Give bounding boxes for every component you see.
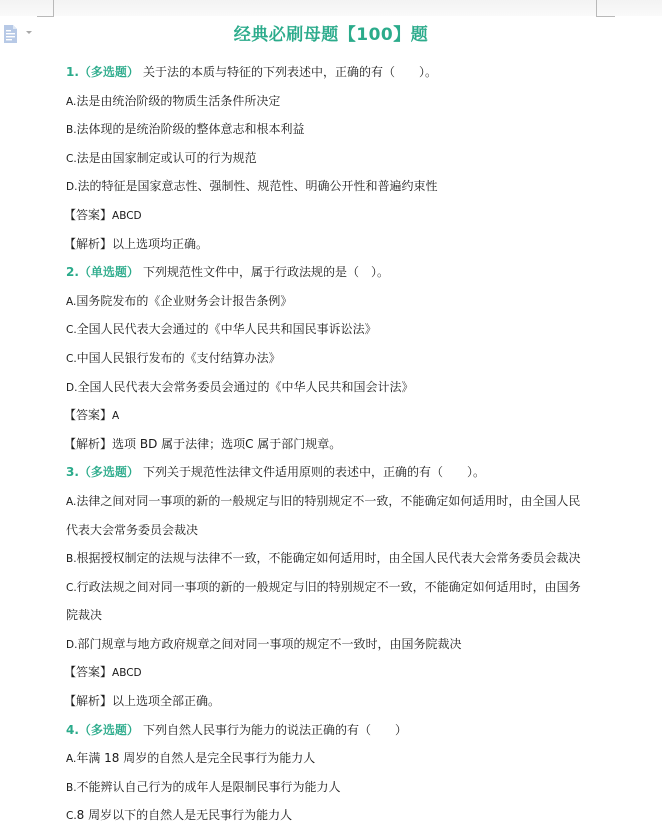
option-letter: C. (66, 324, 77, 336)
answer-label: 【答案】 (64, 208, 112, 222)
document-body: 1.（多选题）关于法的本质与特征的下列表述中，正确的有（ ）。A.法是由统治阶级… (66, 58, 606, 829)
analysis-text: 以上选项均正确。 (112, 237, 208, 251)
option-text: 法律之间对同一事项的新的一般规定与旧的特别规定不一致，不能确定如何适用时，由全国… (76, 494, 580, 508)
answer-line: 【答案】A (66, 401, 606, 430)
option-letter: A. (66, 96, 76, 108)
analysis-line: 【解析】选项 BD 属于法律；选项C 属于部门规章。 (66, 430, 606, 459)
option-text: 代表大会常务委员会裁决 (66, 523, 198, 537)
option-letter: B. (66, 553, 77, 565)
option-line: A.法是由统治阶级的物质生活条件所决定 (66, 87, 606, 116)
option-letter: B. (66, 124, 77, 136)
option-line: 代表大会常务委员会裁决 (66, 516, 606, 545)
question-number: 2. (66, 265, 79, 279)
option-letter: A. (66, 496, 76, 508)
question-type: （多选题） (79, 723, 139, 737)
analysis-label: 【解析】 (64, 694, 112, 708)
option-line: D.部门规章与地方政府规章之间对同一事项的规定不一致时，由国务院裁决 (66, 630, 606, 659)
answer-value: ABCD (112, 667, 142, 679)
option-line: C.8 周岁以下的自然人是无民事行为能力人 (66, 801, 606, 829)
question-number: 3. (66, 465, 79, 479)
question-stem: 下列关于规范性法律文件适用原则的表述中，正确的有（ ）。 (143, 465, 485, 479)
option-line: C.全国人民代表大会通过的《中华人民共和国民事诉讼法》 (66, 315, 606, 344)
option-line: A.年满 18 周岁的自然人是完全民事行为能力人 (66, 744, 606, 773)
crop-mark-right (596, 0, 615, 17)
question-type: （多选题） (79, 465, 139, 479)
question-heading: 4.（多选题）下列自然人民事行为能力的说法正确的有（ ） (66, 716, 606, 745)
option-line: D.法的特征是国家意志性、强制性、规范性、明确公开性和普遍约束性 (66, 172, 606, 201)
question-stem: 关于法的本质与特征的下列表述中，正确的有（ ）。 (143, 65, 437, 79)
page-top-margin (0, 0, 662, 16)
option-line: D.全国人民代表大会常务委员会通过的《中华人民共和国会计法》 (66, 373, 606, 402)
option-text: 中国人民银行发布的《支付结算办法》 (77, 351, 281, 365)
option-text: 行政法规之间对同一事项的新的一般规定与旧的特别规定不一致，不能确定如何适用时，由… (77, 580, 581, 594)
option-line: B.不能辨认自己行为的成年人是限制民事行为能力人 (66, 773, 606, 802)
analysis-text: 以上选项全部正确。 (112, 694, 220, 708)
option-text: 院裁决 (66, 608, 102, 622)
option-line: C.法是由国家制定或认可的行为规范 (66, 144, 606, 173)
analysis-text: 选项 BD 属于法律；选项C 属于部门规章。 (112, 437, 341, 451)
option-letter: C. (66, 153, 77, 165)
question-number: 4. (66, 723, 79, 737)
option-text: 国务院发布的《企业财务会计报告条例》 (76, 294, 292, 308)
option-text: 部门规章与地方政府规章之间对同一事项的规定不一致时，由国务院裁决 (77, 637, 461, 651)
option-line: B.法体现的是统治阶级的整体意志和根本利益 (66, 115, 606, 144)
answer-line: 【答案】ABCD (66, 658, 606, 687)
question-number: 1. (66, 65, 79, 79)
option-line: 院裁决 (66, 601, 606, 630)
answer-line: 【答案】ABCD (66, 201, 606, 230)
analysis-line: 【解析】以上选项全部正确。 (66, 687, 606, 716)
option-text: 8 周岁以下的自然人是无民事行为能力人 (77, 808, 292, 822)
question-heading: 2.（单选题）下列规范性文件中，属于行政法规的是（ ）。 (66, 258, 606, 287)
option-text: 全国人民代表大会通过的《中华人民共和国民事诉讼法》 (77, 322, 377, 336)
option-letter: D. (66, 382, 77, 394)
question-heading: 3.（多选题）下列关于规范性法律文件适用原则的表述中，正确的有（ ）。 (66, 458, 606, 487)
option-letter: A. (66, 296, 76, 308)
option-text: 不能辨认自己行为的成年人是限制民事行为能力人 (77, 780, 341, 794)
option-letter: D. (66, 639, 77, 651)
analysis-label: 【解析】 (64, 237, 112, 251)
option-line: A.法律之间对同一事项的新的一般规定与旧的特别规定不一致，不能确定如何适用时，由… (66, 487, 606, 516)
analysis-label: 【解析】 (64, 437, 112, 451)
option-line: B.根据授权制定的法规与法律不一致，不能确定如何适用时，由全国人民代表大会常务委… (66, 544, 606, 573)
question-type: （多选题） (79, 65, 139, 79)
option-text: 全国人民代表大会常务委员会通过的《中华人民共和国会计法》 (77, 380, 413, 394)
option-letter: C. (66, 810, 77, 822)
option-letter: C. (66, 582, 77, 594)
answer-label: 【答案】 (64, 408, 112, 422)
option-text: 法体现的是统治阶级的整体意志和根本利益 (77, 122, 305, 136)
option-letter: A. (66, 753, 76, 765)
option-letter: D. (66, 181, 77, 193)
question-stem: 下列自然人民事行为能力的说法正确的有（ ） (143, 723, 407, 737)
answer-label: 【答案】 (64, 665, 112, 679)
question-stem: 下列规范性文件中，属于行政法规的是（ ）。 (143, 265, 389, 279)
option-text: 法的特征是国家意志性、强制性、规范性、明确公开性和普遍约束性 (77, 179, 437, 193)
option-letter: C. (66, 353, 77, 365)
crop-mark-left (37, 0, 54, 17)
option-text: 法是由统治阶级的物质生活条件所决定 (76, 94, 280, 108)
analysis-line: 【解析】以上选项均正确。 (66, 230, 606, 259)
document-title: 经典必刷母题【100】题 (0, 22, 662, 48)
option-text: 根据授权制定的法规与法律不一致，不能确定如何适用时，由全国人民代表大会常务委员会… (77, 551, 581, 565)
option-line: A.国务院发布的《企业财务会计报告条例》 (66, 287, 606, 316)
answer-value: ABCD (112, 210, 142, 222)
option-line: C.中国人民银行发布的《支付结算办法》 (66, 344, 606, 373)
option-letter: B. (66, 782, 77, 794)
option-text: 年满 18 周岁的自然人是完全民事行为能力人 (76, 751, 315, 765)
question-type: （单选题） (79, 265, 139, 279)
question-heading: 1.（多选题）关于法的本质与特征的下列表述中，正确的有（ ）。 (66, 58, 606, 87)
answer-value: A (112, 410, 119, 422)
option-line: C.行政法规之间对同一事项的新的一般规定与旧的特别规定不一致，不能确定如何适用时… (66, 573, 606, 602)
option-text: 法是由国家制定或认可的行为规范 (77, 151, 257, 165)
